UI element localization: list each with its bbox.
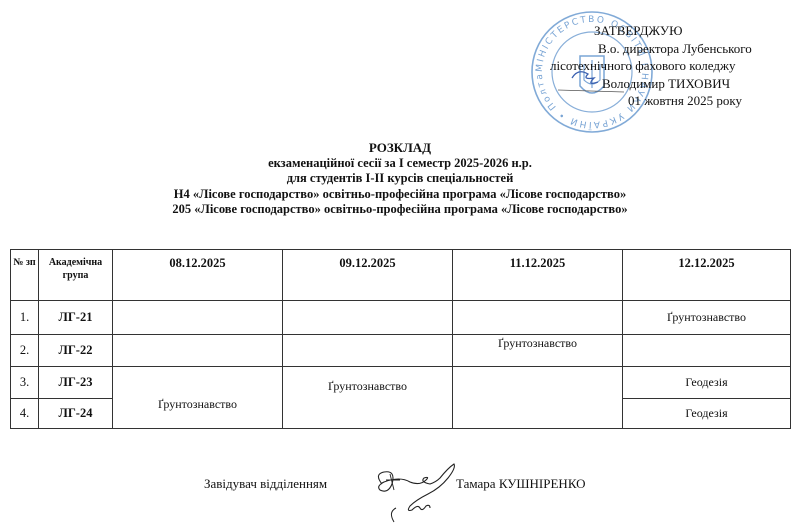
approval-line: 01 жовтня 2025 року <box>594 92 752 110</box>
schedule-cell: Ґрунтознавство <box>283 367 453 429</box>
approval-line: лісотехнічного фахового коледжу <box>550 57 752 75</box>
row-group: ЛГ-22 <box>39 335 113 367</box>
schedule-cell <box>283 335 453 367</box>
table-row: 2. ЛГ-22 Ґрунтознавство <box>11 335 791 367</box>
approval-line: В.о. директора Лубенського <box>594 40 752 58</box>
title-line: для студентів І-ІІ курсів спеціальностей <box>0 171 800 187</box>
title-heading: РОЗКЛАД <box>0 140 800 156</box>
row-number: 1. <box>11 301 39 335</box>
signature-icon <box>370 460 460 524</box>
table-header-row: № зп Академічна група 08.12.2025 09.12.2… <box>11 250 791 301</box>
schedule-cell: Ґрунтознавство <box>453 335 623 367</box>
row-number: 4. <box>11 399 39 429</box>
header-date: 09.12.2025 <box>283 250 453 301</box>
schedule-cell: Геодезія <box>623 367 791 399</box>
schedule-cell <box>623 335 791 367</box>
title-line: Н4 «Лісове господарство» освітньо-профес… <box>0 187 800 203</box>
document-title: РОЗКЛАД екзаменаційної сесії за І семест… <box>0 140 800 218</box>
schedule-cell: Ґрунтознавство <box>623 301 791 335</box>
footer-name: Тамара КУШНІРЕНКО <box>456 476 586 492</box>
title-line: 205 «Лісове господарство» освітньо-профе… <box>0 202 800 218</box>
row-number: 3. <box>11 367 39 399</box>
footer-position: Завідувач відділенням <box>204 476 327 492</box>
approval-line: ЗАТВЕРДЖУЮ <box>594 22 752 40</box>
title-line: екзаменаційної сесії за І семестр 2025-2… <box>0 156 800 172</box>
schedule-cell <box>453 301 623 335</box>
row-group: ЛГ-23 <box>39 367 113 399</box>
row-group: ЛГ-21 <box>39 301 113 335</box>
schedule-cell: Ґрунтознавство <box>113 367 283 429</box>
schedule-cell <box>113 335 283 367</box>
approval-block: ЗАТВЕРДЖУЮ В.о. директора Лубенського лі… <box>594 22 752 110</box>
schedule-cell: Геодезія <box>623 399 791 429</box>
schedule-cell <box>283 301 453 335</box>
header-date: 08.12.2025 <box>113 250 283 301</box>
approval-line: Володимир ТИХОВИЧ <box>594 75 752 93</box>
exam-schedule-table: № зп Академічна група 08.12.2025 09.12.2… <box>10 249 791 429</box>
header-date: 12.12.2025 <box>623 250 791 301</box>
schedule-cell <box>453 367 623 429</box>
header-date: 11.12.2025 <box>453 250 623 301</box>
schedule-cell <box>113 301 283 335</box>
table-row: 3. ЛГ-23 Ґрунтознавство Ґрунтознавство Г… <box>11 367 791 399</box>
table-row: 1. ЛГ-21 Ґрунтознавство <box>11 301 791 335</box>
row-number: 2. <box>11 335 39 367</box>
header-number: № зп <box>11 250 39 301</box>
header-group: Академічна група <box>39 250 113 301</box>
row-group: ЛГ-24 <box>39 399 113 429</box>
